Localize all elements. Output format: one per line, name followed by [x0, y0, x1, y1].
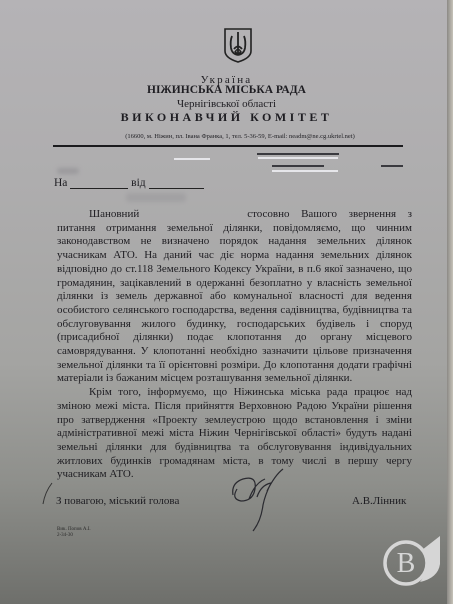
ref-number-blank: [70, 177, 128, 189]
blurred-area: [57, 168, 79, 174]
executor-phone: 2-34-30: [57, 533, 91, 539]
region-heading: Чернігівської області: [0, 98, 453, 110]
address-line: (16600, м. Ніжин, пл. Івана Франка, 1, т…: [30, 133, 450, 140]
letter-body: Шановнийстосовно Вашого звернення з пита…: [57, 208, 412, 482]
ref-date-label: від: [131, 177, 145, 189]
redacted-recipient-line: [258, 157, 338, 159]
trident-coat-of-arms-icon: [223, 27, 253, 63]
header-divider: [53, 145, 403, 147]
redacted-recipient-line: [257, 153, 339, 155]
redacted-recipient-line: [272, 170, 338, 172]
paragraph-1: Шановнийстосовно Вашого звернення з пита…: [57, 208, 412, 386]
executor-info: Вик. Попов А.І. 2-34-30: [57, 527, 91, 539]
handwritten-signature: [227, 465, 297, 535]
paragraph-1-text: стосовно Вашого звернення з питання отри…: [57, 208, 412, 384]
redacted-recipient-line: [272, 165, 324, 167]
watermark-logo-icon: В: [382, 530, 444, 588]
pen-mark-icon: [40, 482, 54, 506]
ref-date-blank: [149, 177, 204, 189]
redacted-recipient-line: [381, 165, 403, 167]
blurred-area: [126, 193, 186, 202]
signatory-name: А.В.Лінник: [352, 495, 406, 507]
council-heading: НІЖИНСЬКА МІСЬКА РАДА: [0, 84, 453, 96]
committee-heading: ВИКОНАВЧИЙ КОМІТЕТ: [0, 110, 453, 125]
greeting: Шановний: [89, 208, 139, 220]
ref-number-label: На: [54, 177, 67, 189]
redacted-recipient-line: [174, 158, 210, 160]
reference-line: На від: [54, 177, 204, 189]
closing-text: З повагою, міський голова: [56, 495, 179, 507]
watermark-letter: В: [397, 548, 416, 579]
letter-page: Україна НІЖИНСЬКА МІСЬКА РАДА Чернігівсь…: [0, 0, 453, 604]
